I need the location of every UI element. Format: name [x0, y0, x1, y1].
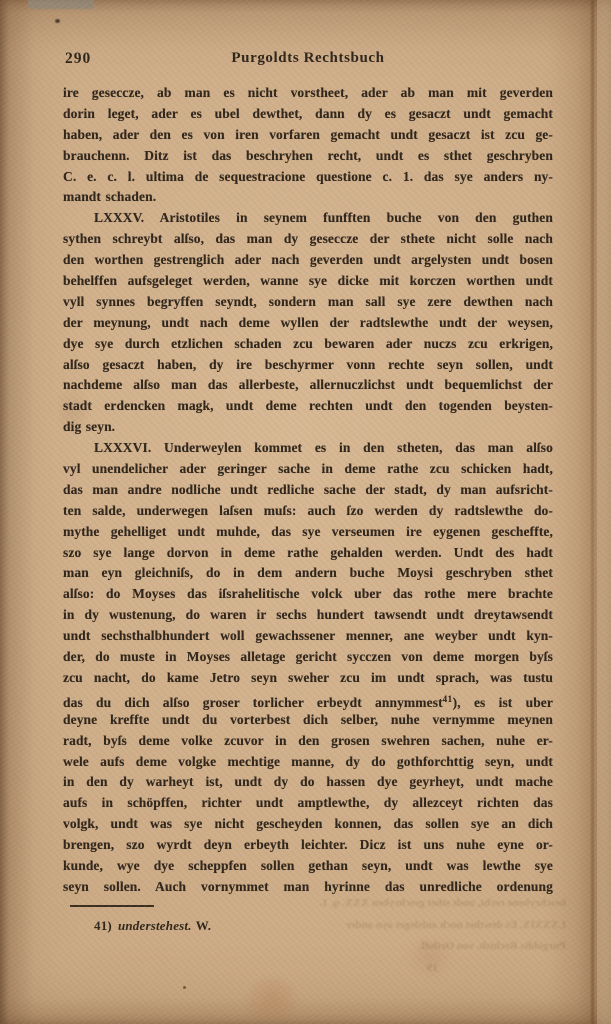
text-line: sythen schreybt alſso, das man dy gesecc…	[63, 229, 553, 250]
paragraph-1: ire geseccze, ab man es nicht vorstheet,…	[63, 83, 553, 208]
text-line: seyn sollen. Auch vornymmet man hyrinne …	[63, 877, 553, 898]
text-line: stadt erdencken magk, undt deme rechten …	[63, 396, 553, 417]
text-line: szo sye lange dorvon in deme rathe gehal…	[63, 543, 553, 564]
paper-speck	[183, 986, 186, 989]
text-line: undt sechsthalbhundert woll gewachssener…	[63, 626, 553, 647]
text-line: vyl unendelicher ader geringer sache in …	[63, 459, 553, 480]
text-line: das man andre nodliche undt redliche sac…	[63, 480, 553, 501]
text-line: der meynung, undt nach deme wyllen der r…	[63, 313, 553, 334]
bleedthrough-line: Purgoldts Rechtsb. von Ortloff.	[120, 936, 566, 958]
text-line: wele aufs deme volgke mechtige manne, dy…	[63, 752, 553, 773]
text-line: deyne kreffte undt du vorterbest dich se…	[63, 710, 553, 731]
running-header: 290 Purgoldts Rechtsbuch	[63, 50, 553, 72]
text-line: C. e. c. l. ultima de sequestracione que…	[63, 167, 553, 188]
text-line: ire geseccze, ab man es nicht vorstheet,…	[63, 83, 553, 104]
text-line: in dy wustenung, do waren ir sechs hunde…	[63, 605, 553, 626]
text-line: aufs in schöpffen, richter undt amptlewt…	[63, 793, 553, 814]
text-line: alſso: do Moyses das iſsrahelitische vol…	[63, 584, 553, 605]
text-line: dig seyn.	[63, 417, 553, 438]
text-line: haben, ader den es von iren vorfaren gem…	[63, 125, 553, 146]
text-line: mythe gehelliget undt muhde, das sye ver…	[63, 522, 553, 543]
paper-stain	[400, 940, 460, 974]
text-line: alſso gesaczt haben, dy ire beschyrmer v…	[63, 355, 553, 376]
footnote-separator	[70, 905, 154, 907]
paragraph-3: LXXXVI. Underweylen kommet es in den sth…	[63, 438, 553, 898]
text-line: brauchenn. Ditz ist das beschryhen recht…	[63, 146, 553, 167]
text-line: brengen, szo wyrdt deyn erbeyth leichter…	[63, 835, 553, 856]
scan-corner-artifact	[28, 0, 94, 9]
paragraph-2: LXXXV. Aristotiles in seynem funfften bu…	[63, 208, 553, 438]
footnote-reference: 41	[443, 694, 453, 704]
body-text: ire geseccze, ab man es nicht vorstheet,…	[63, 83, 553, 898]
text-block: 290 Purgoldts Rechtsbuch ire geseccze, a…	[63, 50, 553, 934]
book-page-scan: beschrybene recht, undt sthet geschryben…	[0, 0, 611, 1024]
text-line: dye sye durch etzlichen schaden zcu bewa…	[63, 334, 553, 355]
footnote-gloss: understehest.	[118, 918, 192, 933]
paper-speck	[55, 19, 60, 23]
text-line: radt, byſs deme volke zcuvor in den gros…	[63, 731, 553, 752]
footnote-attribution: W.	[196, 918, 211, 933]
text-line: behelffen aufsgeleget werden, wanne sye …	[63, 271, 553, 292]
text-line: der, do muste in Moyses alletage gericht…	[63, 647, 553, 668]
text-line: volgk, undt was sye nicht gescheyden kon…	[63, 814, 553, 835]
text-line: man eyn gleichniſs, do in dem andern buc…	[63, 563, 553, 584]
text-line: den worthen gestrenglich ader nach gever…	[63, 250, 553, 271]
text-line: nachdeme alſso man das allerbeste, aller…	[63, 375, 553, 396]
bleedthrough-signature: 19	[120, 958, 566, 980]
paper-stain	[246, 978, 298, 1022]
text-line: kunde, wye dye scheppfen sollen gethan s…	[63, 856, 553, 877]
text-line: LXXXV. Aristotiles in seynem funfften bu…	[63, 208, 553, 229]
text-line: dorin leget, ader es ubel dewthet, dann …	[63, 104, 553, 125]
footnote-marker: 41)	[94, 918, 112, 933]
footnote: 41)understehest.W.	[63, 918, 553, 934]
page-title: Purgoldts Rechtsbuch	[63, 50, 553, 67]
text-line: in den dy warheyt ist, undt dy do hassen…	[63, 772, 553, 793]
page-edge-crease	[591, 0, 594, 1024]
text-line: LXXXVI. Underweylen kommet es in den sth…	[63, 438, 553, 459]
text-line: zcu nacht, do kame Jetro seyn sweher zcu…	[63, 668, 553, 689]
text-line: ten salde, underwegen laſsen muſs: auch …	[63, 501, 553, 522]
page-edge-highlight	[597, 0, 611, 1024]
text-line: das du dich alſso groser torlicher erbey…	[63, 689, 553, 710]
text-line: vyll synnes begryffen seyndt, sondern ma…	[63, 292, 553, 313]
text-line: mandt schaden.	[63, 187, 553, 208]
